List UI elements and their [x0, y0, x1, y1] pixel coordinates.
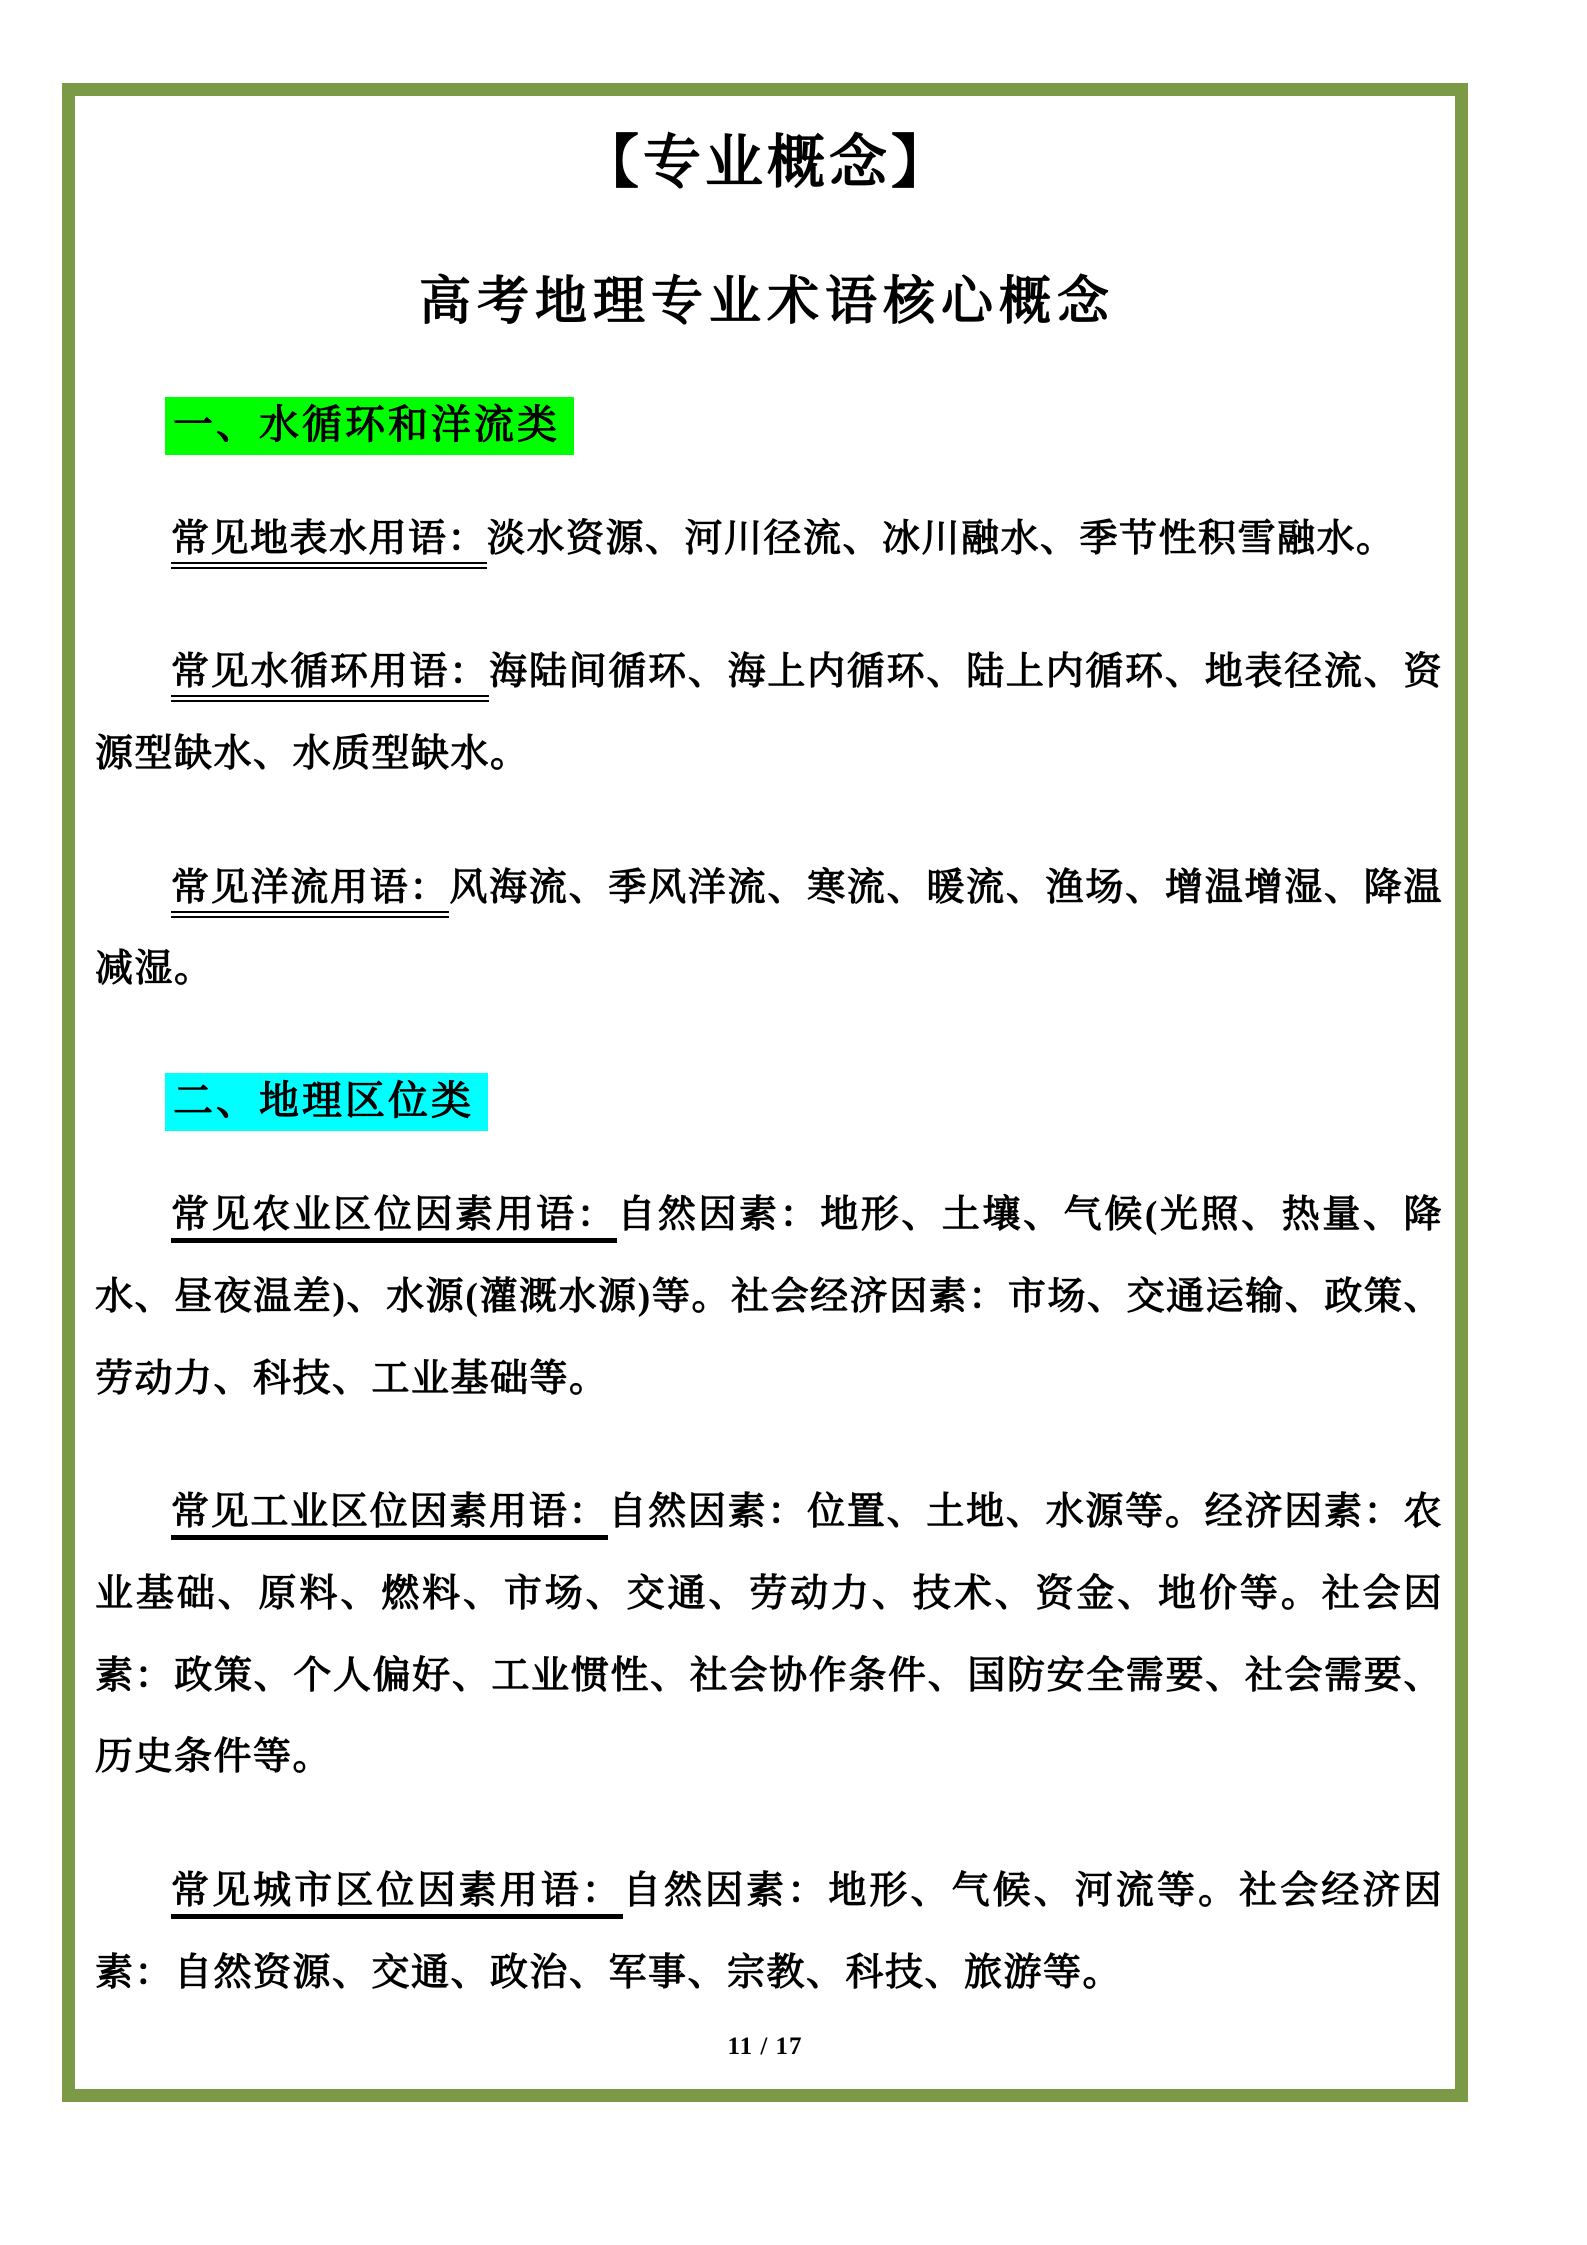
- paragraph-lead-water-cycle: 常见水循环用语：: [171, 651, 489, 702]
- paragraph-lead-city-location: 常见城市区位因素用语：: [171, 1870, 623, 1919]
- paragraph-industry-location: 常见工业区位因素用语：自然因素：位置、土地、水源等。经济因素：农业基础、原料、燃…: [87, 1472, 1447, 1799]
- paragraph-ocean-current: 常见洋流用语：风海流、季风洋流、寒流、暖流、渔场、增温增湿、降温减湿。: [87, 848, 1447, 1011]
- page-number: 11 / 17: [75, 2033, 1455, 2061]
- section-heading-water-cycle: 一、水循环和洋流类: [165, 397, 574, 455]
- paragraph-lead-industry-location: 常见工业区位因素用语：: [171, 1491, 608, 1540]
- document-subtitle: 高考地理专业术语核心概念: [87, 272, 1447, 334]
- paragraph-body-surface-water: 淡水资源、河川径流、冰川融水、季节性积雪融水。: [487, 518, 1396, 560]
- page-title: 【专业概念】: [87, 124, 1447, 202]
- page-content: 【专业概念】 高考地理专业术语核心概念 一、水循环和洋流类 常见地表水用语：淡水…: [75, 96, 1455, 2089]
- section-heading-geographic-location: 二、地理区位类: [165, 1073, 488, 1131]
- paragraph-lead-surface-water: 常见地表水用语：: [171, 518, 487, 569]
- paragraph-surface-water: 常见地表水用语：淡水资源、河川径流、冰川融水、季节性积雪融水。: [87, 499, 1447, 581]
- document-page: 【专业概念】 高考地理专业术语核心概念 一、水循环和洋流类 常见地表水用语：淡水…: [0, 0, 1587, 2245]
- paragraph-lead-ocean-current: 常见洋流用语：: [171, 867, 449, 918]
- paragraph-city-location: 常见城市区位因素用语：自然因素：地形、气候、河流等。社会经济因素：自然资源、交通…: [87, 1851, 1447, 2014]
- page-border-frame: 【专业概念】 高考地理专业术语核心概念 一、水循环和洋流类 常见地表水用语：淡水…: [62, 83, 1468, 2102]
- paragraph-water-cycle: 常见水循环用语：海陆间循环、海上内循环、陆上内循环、地表径流、资源型缺水、水质型…: [87, 632, 1447, 795]
- paragraph-agriculture-location: 常见农业区位因素用语：自然因素：地形、土壤、气候(光照、热量、降水、昼夜温差)、…: [87, 1175, 1447, 1420]
- paragraph-lead-agriculture-location: 常见农业区位因素用语：: [171, 1194, 617, 1243]
